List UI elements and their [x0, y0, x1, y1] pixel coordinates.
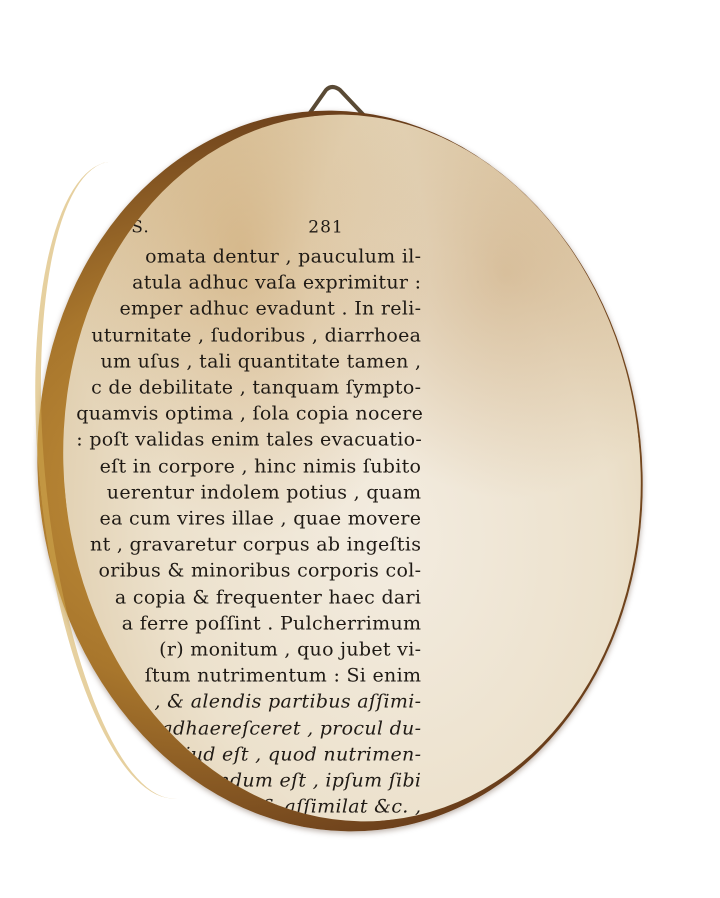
text-line: uturnitate , ſudoribus , diarrhoea [76, 322, 421, 348]
book-page: S. 281 omata dentur , pauculum il-atula … [29, 86, 676, 850]
text-line: (r) monitum , quo jubet vi- [76, 636, 421, 662]
text-line: emper adhuc evadunt . In reli- [76, 296, 421, 322]
text-line: , & alendis partibus aſſimi- [76, 689, 421, 715]
running-head-left: S. [131, 217, 149, 237]
text-line: a ferre poſſint . Pulcherrimum [76, 610, 421, 636]
text-line: , adhaereſceret , procul du- [76, 715, 421, 741]
text-line: ſtum nutrimentum : Si enim [76, 663, 421, 689]
text-line: uerentur indolem potius , quam [76, 479, 421, 505]
text-line: a copia & frequenter haec dari [76, 584, 421, 610]
text-line: nt , gravaretur corpus ab ingeſtis [76, 532, 421, 558]
text-line: aliud eſt , quod nutrimen- [76, 741, 421, 767]
page-number: 281 [308, 217, 343, 237]
text-line: ngit & aſſimilat &c. , [76, 794, 421, 820]
text-line: c de debilitate , tanquam ſympto- [76, 374, 421, 400]
text-line: quamvis optima , ſola copia nocere [76, 401, 421, 427]
text-lines: omata dentur , pauculum il-atula adhuc v… [76, 243, 421, 846]
running-head: S. 281 [76, 217, 421, 243]
text-line: eſt in corpore , hinc nimis ſubito [76, 453, 421, 479]
text-line: riendum eſt , ipſum ſibi [76, 768, 421, 794]
text-line: oribus & minoribus corporis col- [76, 558, 421, 584]
page-text: S. 281 omata dentur , pauculum il-atula … [76, 217, 421, 846]
text-line: omata dentur , pauculum il- [76, 243, 421, 269]
text-line: ea cum vires illae , quae movere [76, 505, 421, 531]
text-line: atula adhuc vaſa exprimitur : [76, 270, 421, 296]
text-line: : poſt validas enim tales evacuatio- [76, 427, 421, 453]
text-line: um uſus , tali quantitate tamen , [76, 348, 421, 374]
